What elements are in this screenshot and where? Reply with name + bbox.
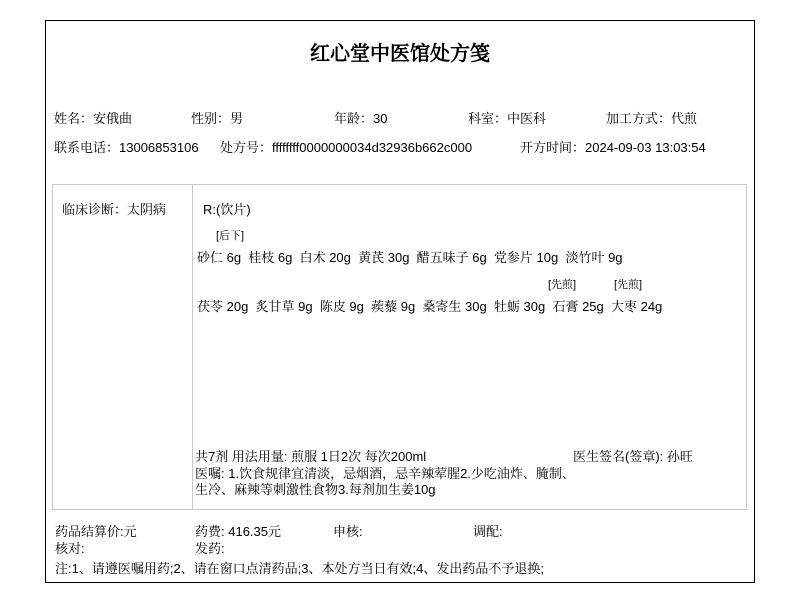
footer-note: 注:1、请遵医嘱用药;2、请在窗口点清药品;3、本处方当日有效;4、发出药品不予… (55, 558, 544, 577)
issue-time-value: 2024-09-03 13:03:54 (585, 140, 706, 155)
prescription-sheet: 红心堂中医馆处方笺 姓名：安俄曲 性别：男 年龄：30 科室：中医科 加工方式：… (0, 0, 800, 600)
herb-line-1: 砂仁 6g 桂枝 6g 白术 20g 黄芪 30g 醋五味子 6g 党参片 10… (197, 247, 623, 266)
page-title: 红心堂中医馆处方笺 (45, 37, 755, 66)
patient-name-field: 姓名：安俄曲 (54, 108, 132, 127)
phone-field: 联系电话：13006853106 (54, 137, 199, 156)
check-label: 核对: (55, 538, 85, 557)
patient-department-label: 科室： (468, 111, 507, 126)
diagnosis-label: 临床诊断： (62, 202, 127, 217)
rx-number-value: ffffffff0000000034d32936b662c000 (272, 140, 472, 155)
phone-label: 联系电话： (54, 140, 119, 155)
herb-line-2: 茯苓 20g 炙甘草 9g 陈皮 9g 蒺藜 9g 桑寄生 30g 牡蛎 30g… (197, 296, 662, 315)
prescription-box-divider (192, 184, 193, 510)
fee-label: 药费: (195, 524, 228, 539)
processing-method-value: 代煎 (671, 111, 697, 126)
issue-time-label: 开方时间： (520, 140, 585, 155)
patient-gender-field: 性别：男 (191, 108, 243, 127)
herb-annotation-houxia: [后下] (216, 227, 244, 243)
patient-name-label: 姓名： (54, 111, 93, 126)
patient-gender-label: 性别： (191, 111, 230, 126)
fee-value: 416.35元 (228, 524, 281, 539)
doctor-signature-label: 医生签名(签章): (573, 449, 667, 464)
medical-advice-line-2: 生冷、麻辣等刺激性食物3.每剂加生姜10g (195, 479, 436, 498)
diagnosis-value: 太阴病 (127, 202, 166, 217)
doctor-signature-field: 医生签名(签章): 孙旺 (573, 446, 693, 465)
processing-method-field: 加工方式：代煎 (606, 108, 697, 127)
patient-department-value: 中医科 (507, 111, 546, 126)
patient-age-label: 年龄： (334, 111, 373, 126)
processing-method-label: 加工方式： (606, 111, 671, 126)
dispense-label: 发药: (195, 538, 225, 557)
phone-value: 13006853106 (119, 140, 199, 155)
settle-price-label: 药品结算价: (55, 524, 124, 539)
herb-annotation-xianjian-1: [先煎] (548, 276, 576, 292)
patient-department-field: 科室：中医科 (468, 108, 546, 127)
rx-number-field: 处方号：ffffffff0000000034d32936b662c000 (220, 137, 472, 156)
settle-price-value: 元 (124, 524, 137, 539)
patient-gender-value: 男 (230, 111, 243, 126)
herb-annotation-xianjian-2: [先煎] (614, 276, 642, 292)
issue-time-field: 开方时间：2024-09-03 13:03:54 (520, 137, 706, 156)
patient-age-field: 年龄：30 (334, 108, 387, 127)
prepare-label: 调配: (473, 521, 503, 540)
rx-number-label: 处方号： (220, 140, 272, 155)
patient-age-value: 30 (373, 111, 387, 126)
diagnosis-field: 临床诊断：太阴病 (62, 199, 166, 218)
patient-name-value: 安俄曲 (93, 111, 132, 126)
review-label: 申核: (333, 521, 363, 540)
doctor-signature-value: 孙旺 (667, 449, 693, 464)
rx-header: R:(饮片) (203, 199, 251, 218)
